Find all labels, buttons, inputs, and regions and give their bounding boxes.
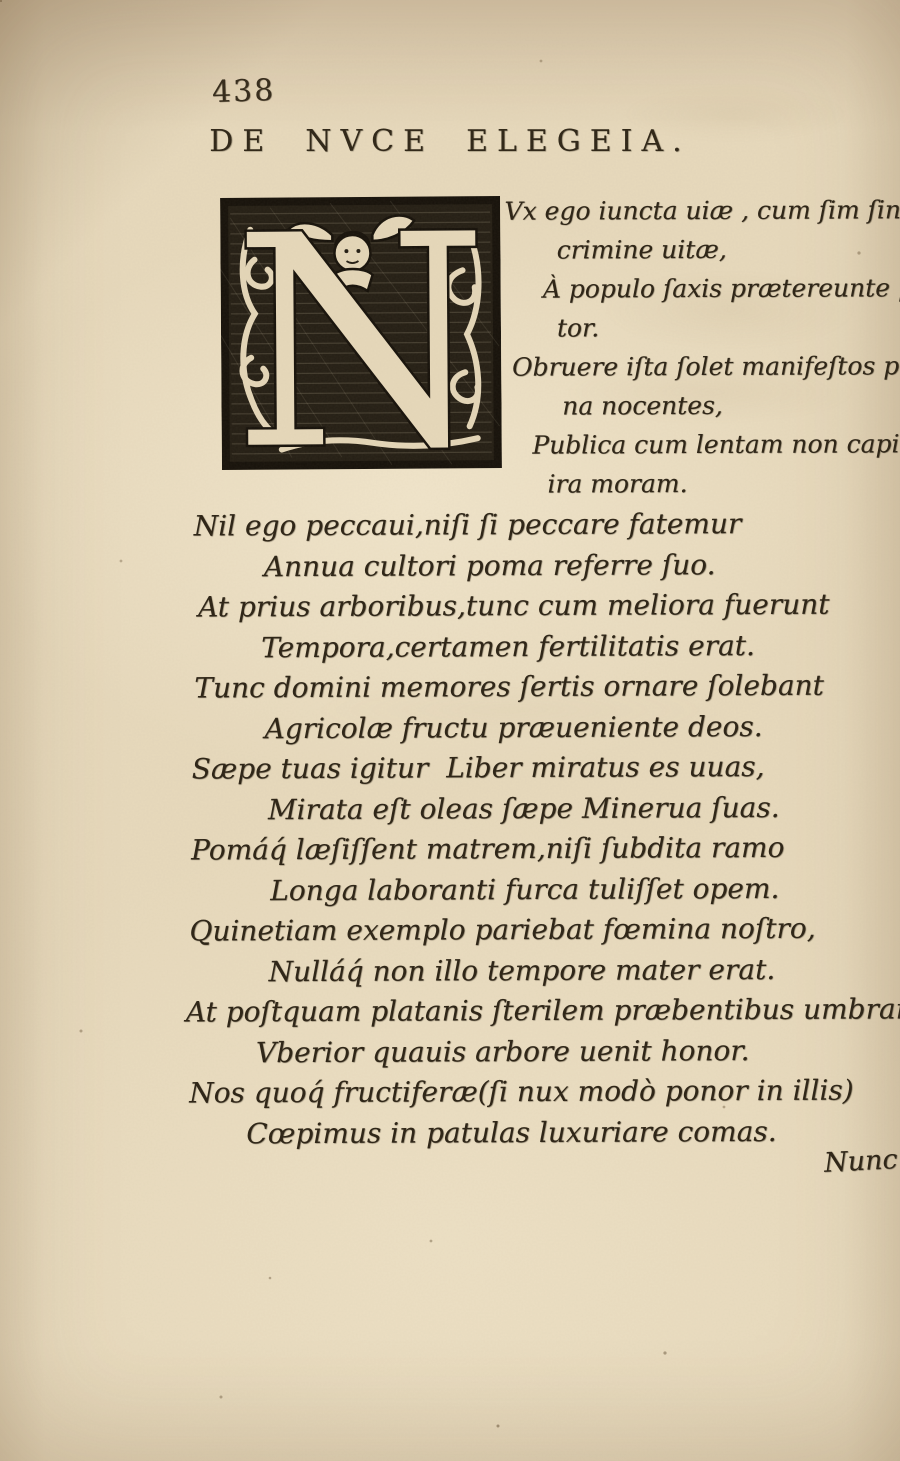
page-number: 438	[211, 73, 275, 110]
woodcut-initial-n-image: N	[220, 194, 502, 472]
verse-line: Publica cum lentam non capit	[505, 424, 900, 464]
verse-line: Nos quoq́ fructiferæ(ſi nux modò ponor i…	[186, 1070, 900, 1114]
verse-line: Nulláq́ non illo tempore mater erat.	[186, 949, 900, 993]
verse-line: Quinetiam exemplo pariebat fœmina noſtro…	[185, 908, 900, 952]
verse-line: Cœpimus in patulas luxuriare comas.	[186, 1111, 900, 1155]
catchword: Nunc	[823, 1144, 898, 1179]
verse-line: À populo ſaxis prætereunte pe	[505, 268, 900, 308]
verse-line: crimine uitæ,	[505, 229, 900, 269]
verse-line: Tunc domini memores ſertis ornare ſoleba…	[184, 665, 899, 709]
verse-line: Annua cultori poma referre ſuo.	[184, 544, 899, 588]
page-title: DE NVCE ELEGEIA.	[0, 124, 900, 159]
verse-line: Obruere iſta ſolet manifeſtos pœ	[505, 346, 900, 386]
verse-line: Nil ego peccaui,niſi ſi peccare fatemur	[184, 503, 899, 547]
verse-line: Vberior quauis arbore uenit honor.	[186, 1030, 900, 1074]
verse-line: Longa laboranti furca tuliſſet opem.	[185, 868, 900, 912]
verse-line: tor.	[505, 307, 900, 347]
verse-line: Agricolæ fructu præueniente deos.	[184, 706, 899, 750]
verse-line: Pomáq́ læſiſſent matrem,niſi ſubdita ram…	[185, 827, 900, 871]
verse-line: Tempora,certamen fertilitatis erat.	[184, 625, 899, 669]
main-verse-block: Nil ego peccaui,niſi ſi peccare fatemurA…	[184, 503, 900, 1154]
verse-line: Mirata eſt oleas ſæpe Minerua ſuas.	[185, 787, 900, 831]
book-page: 438 DE NVCE ELEGEIA.	[0, 0, 900, 1461]
drop-cap-letter: N	[232, 194, 490, 472]
verse-line: At poſtquam platanis ſterilem præbentibu…	[186, 989, 900, 1033]
verse-line: Vx ego iuncta uiæ , cum ſim ſine	[504, 190, 900, 230]
verse-line: ira moram.	[505, 463, 900, 503]
verse-line: na nocentes,	[505, 385, 900, 425]
woodcut-initial: N	[220, 194, 502, 472]
paper-specks	[0, 0, 2, 2]
verse-line: At prius arboribus,tunc cum meliora fuer…	[184, 584, 899, 628]
opening-verse-block: Vx ego iuncta uiæ , cum ſim ſinecrimine …	[504, 190, 900, 503]
verse-line: Sæpe tuas igitur Liber miratus es uuas,	[185, 746, 900, 790]
